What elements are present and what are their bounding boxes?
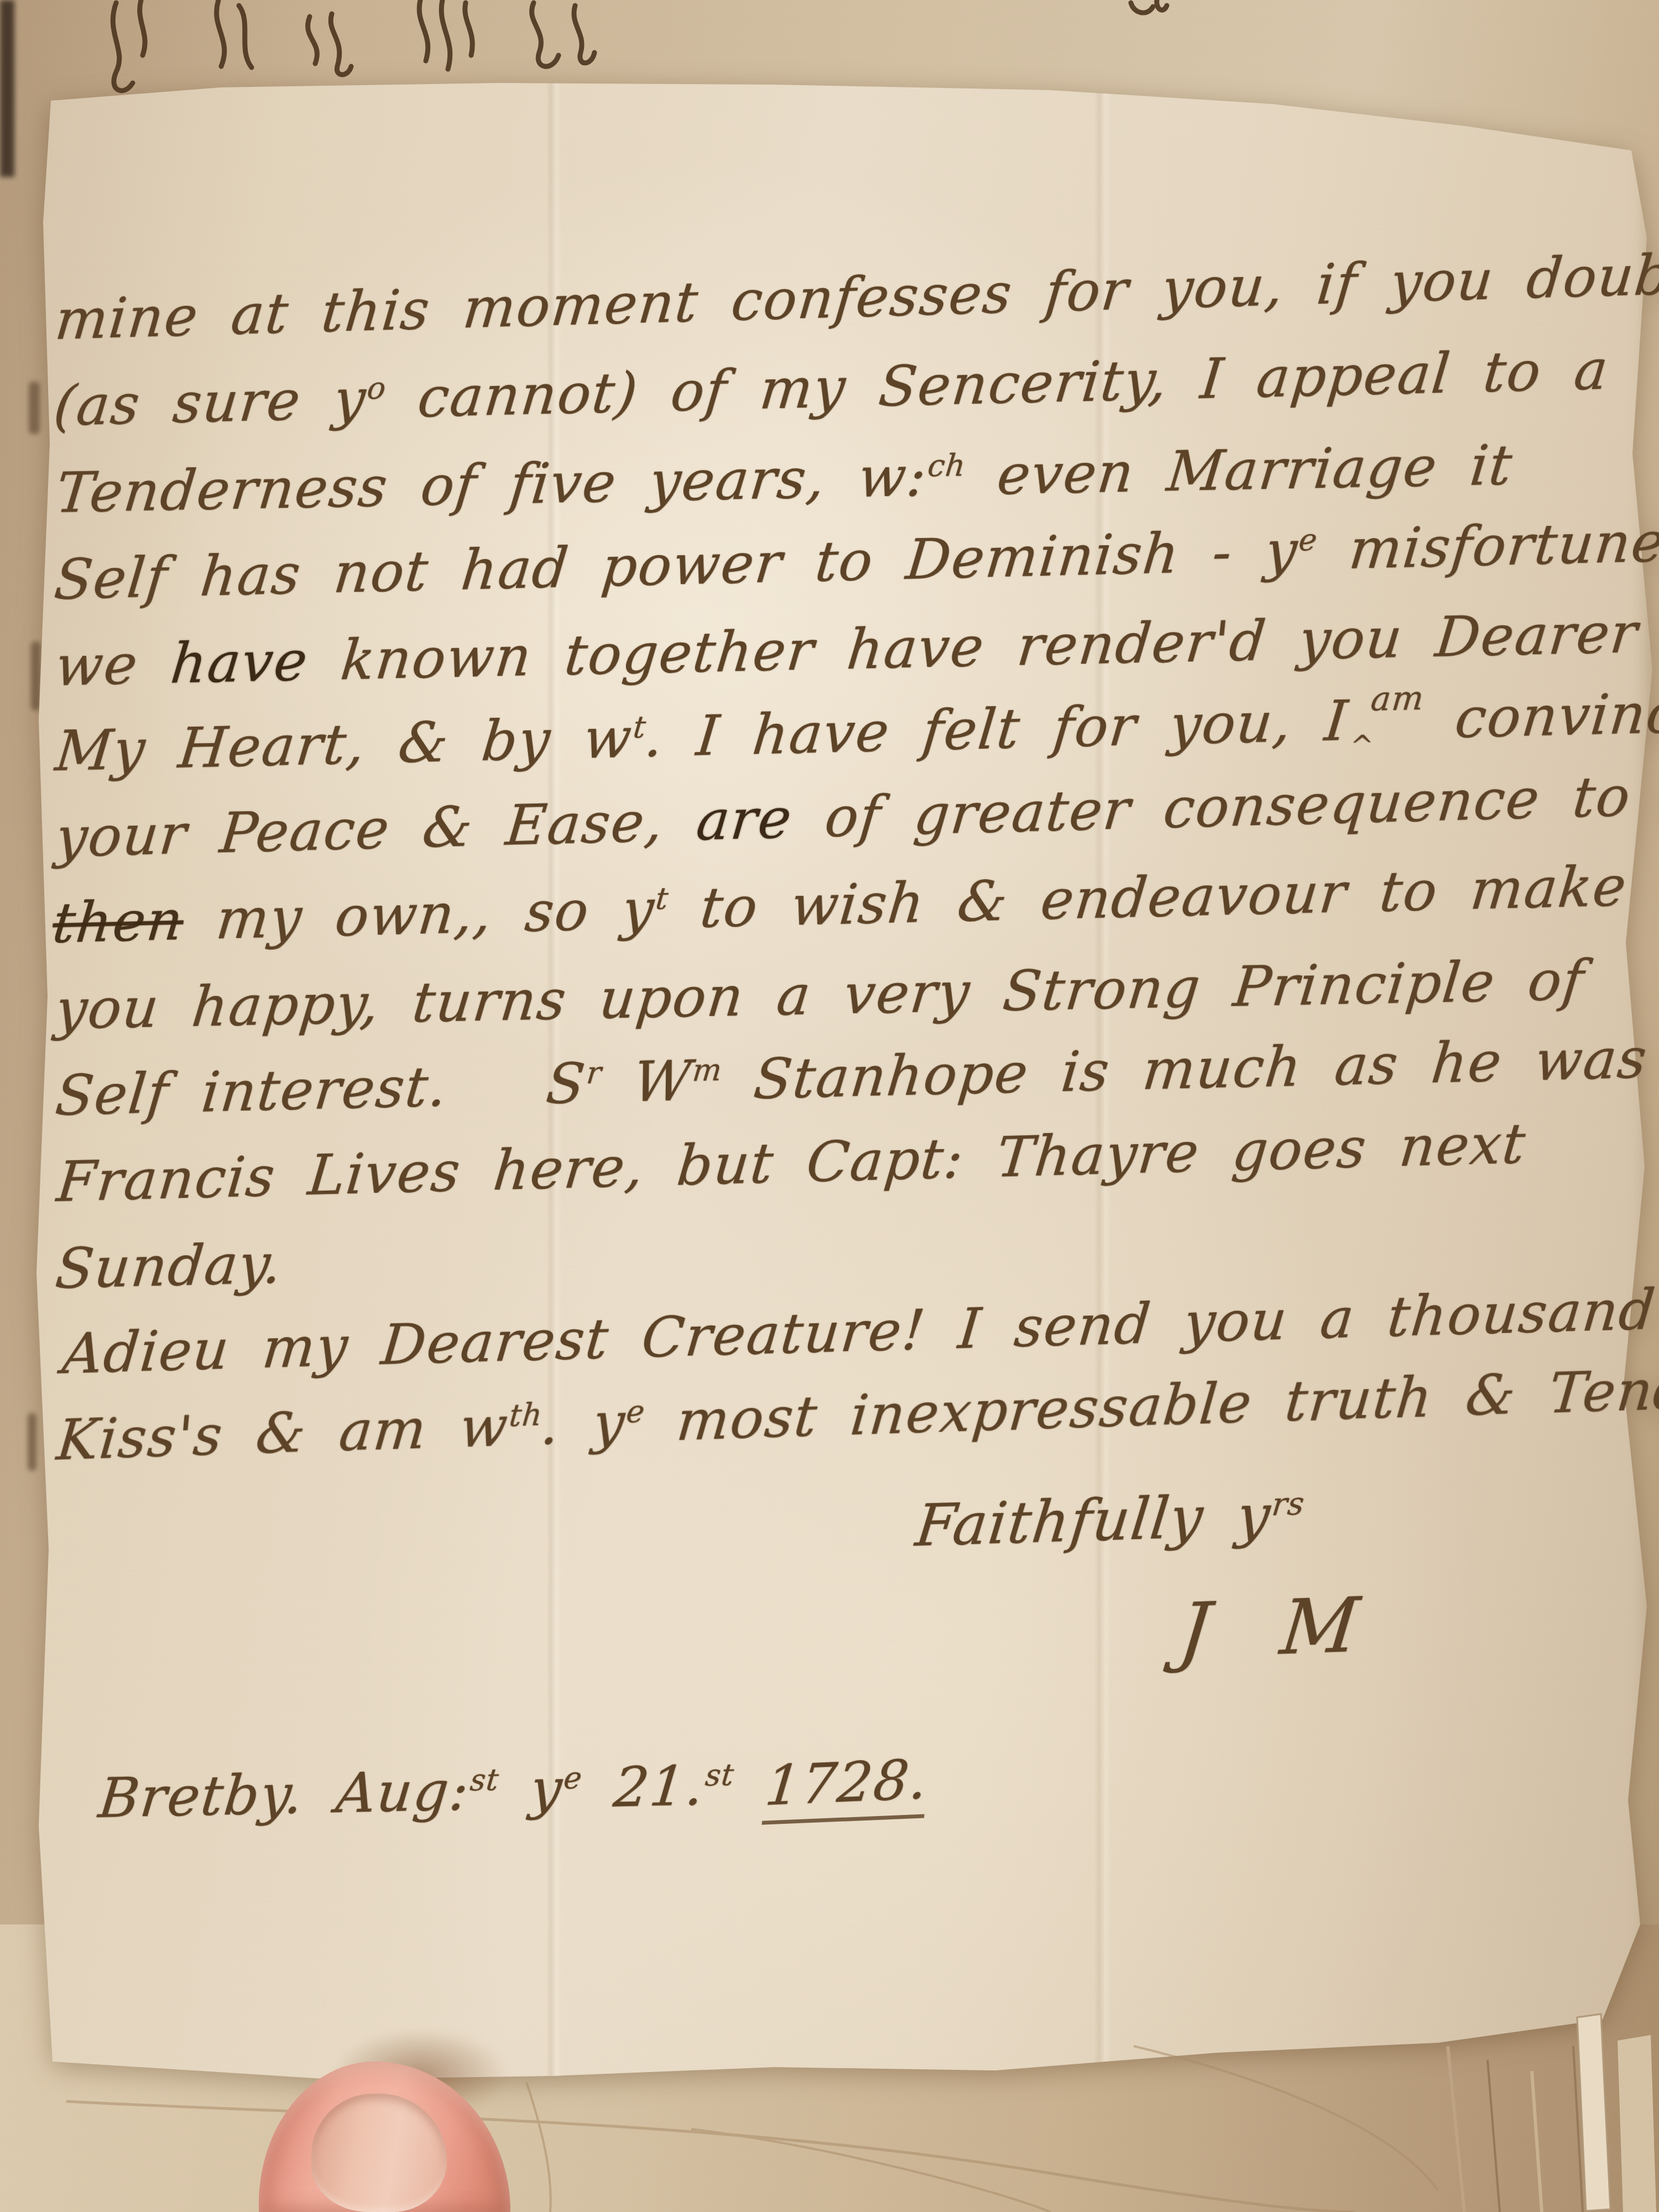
signature: J M bbox=[1175, 1581, 1379, 1676]
letter-sheet-wrap: mine at this moment confesses for you, i… bbox=[0, 0, 1659, 2212]
closing-line: Faithfully yrs bbox=[912, 1480, 1307, 1559]
letter-line-6: My Heart, & by wt. I have felt for you, … bbox=[53, 679, 1659, 784]
letter-line-9: you happy, turns upon a very Strong Prin… bbox=[53, 948, 1588, 1042]
dateline: Bretby. Aug:st ye 21.st 1728. bbox=[95, 1749, 931, 1837]
thumb-nail bbox=[311, 2094, 447, 2212]
letter-line-4: Self has not had power to Deminish - ye … bbox=[51, 509, 1659, 612]
letter-line-2: (as sure yo cannot) of my Sencerity, I a… bbox=[51, 337, 1612, 439]
handwriting-text: mine at this moment confesses for you, i… bbox=[0, 0, 1659, 2212]
letter-line-12: Sunday. bbox=[53, 1231, 285, 1301]
letter-line-11: Francis Lives here, but Capt: Thayre goe… bbox=[54, 1111, 1529, 1214]
letter-line-10: Self interest. Sr Wm Stanhope is much as… bbox=[53, 1026, 1650, 1128]
letter-photograph: mine at this moment confesses for you, i… bbox=[0, 0, 1659, 2212]
letter-line-1: mine at this moment confesses for you, i… bbox=[53, 242, 1659, 352]
letter-line-3: Tenderness of five years, w:ch even Marr… bbox=[53, 432, 1516, 525]
letter-line-8: then my own,, so yt to wish & endeavour … bbox=[50, 854, 1630, 956]
